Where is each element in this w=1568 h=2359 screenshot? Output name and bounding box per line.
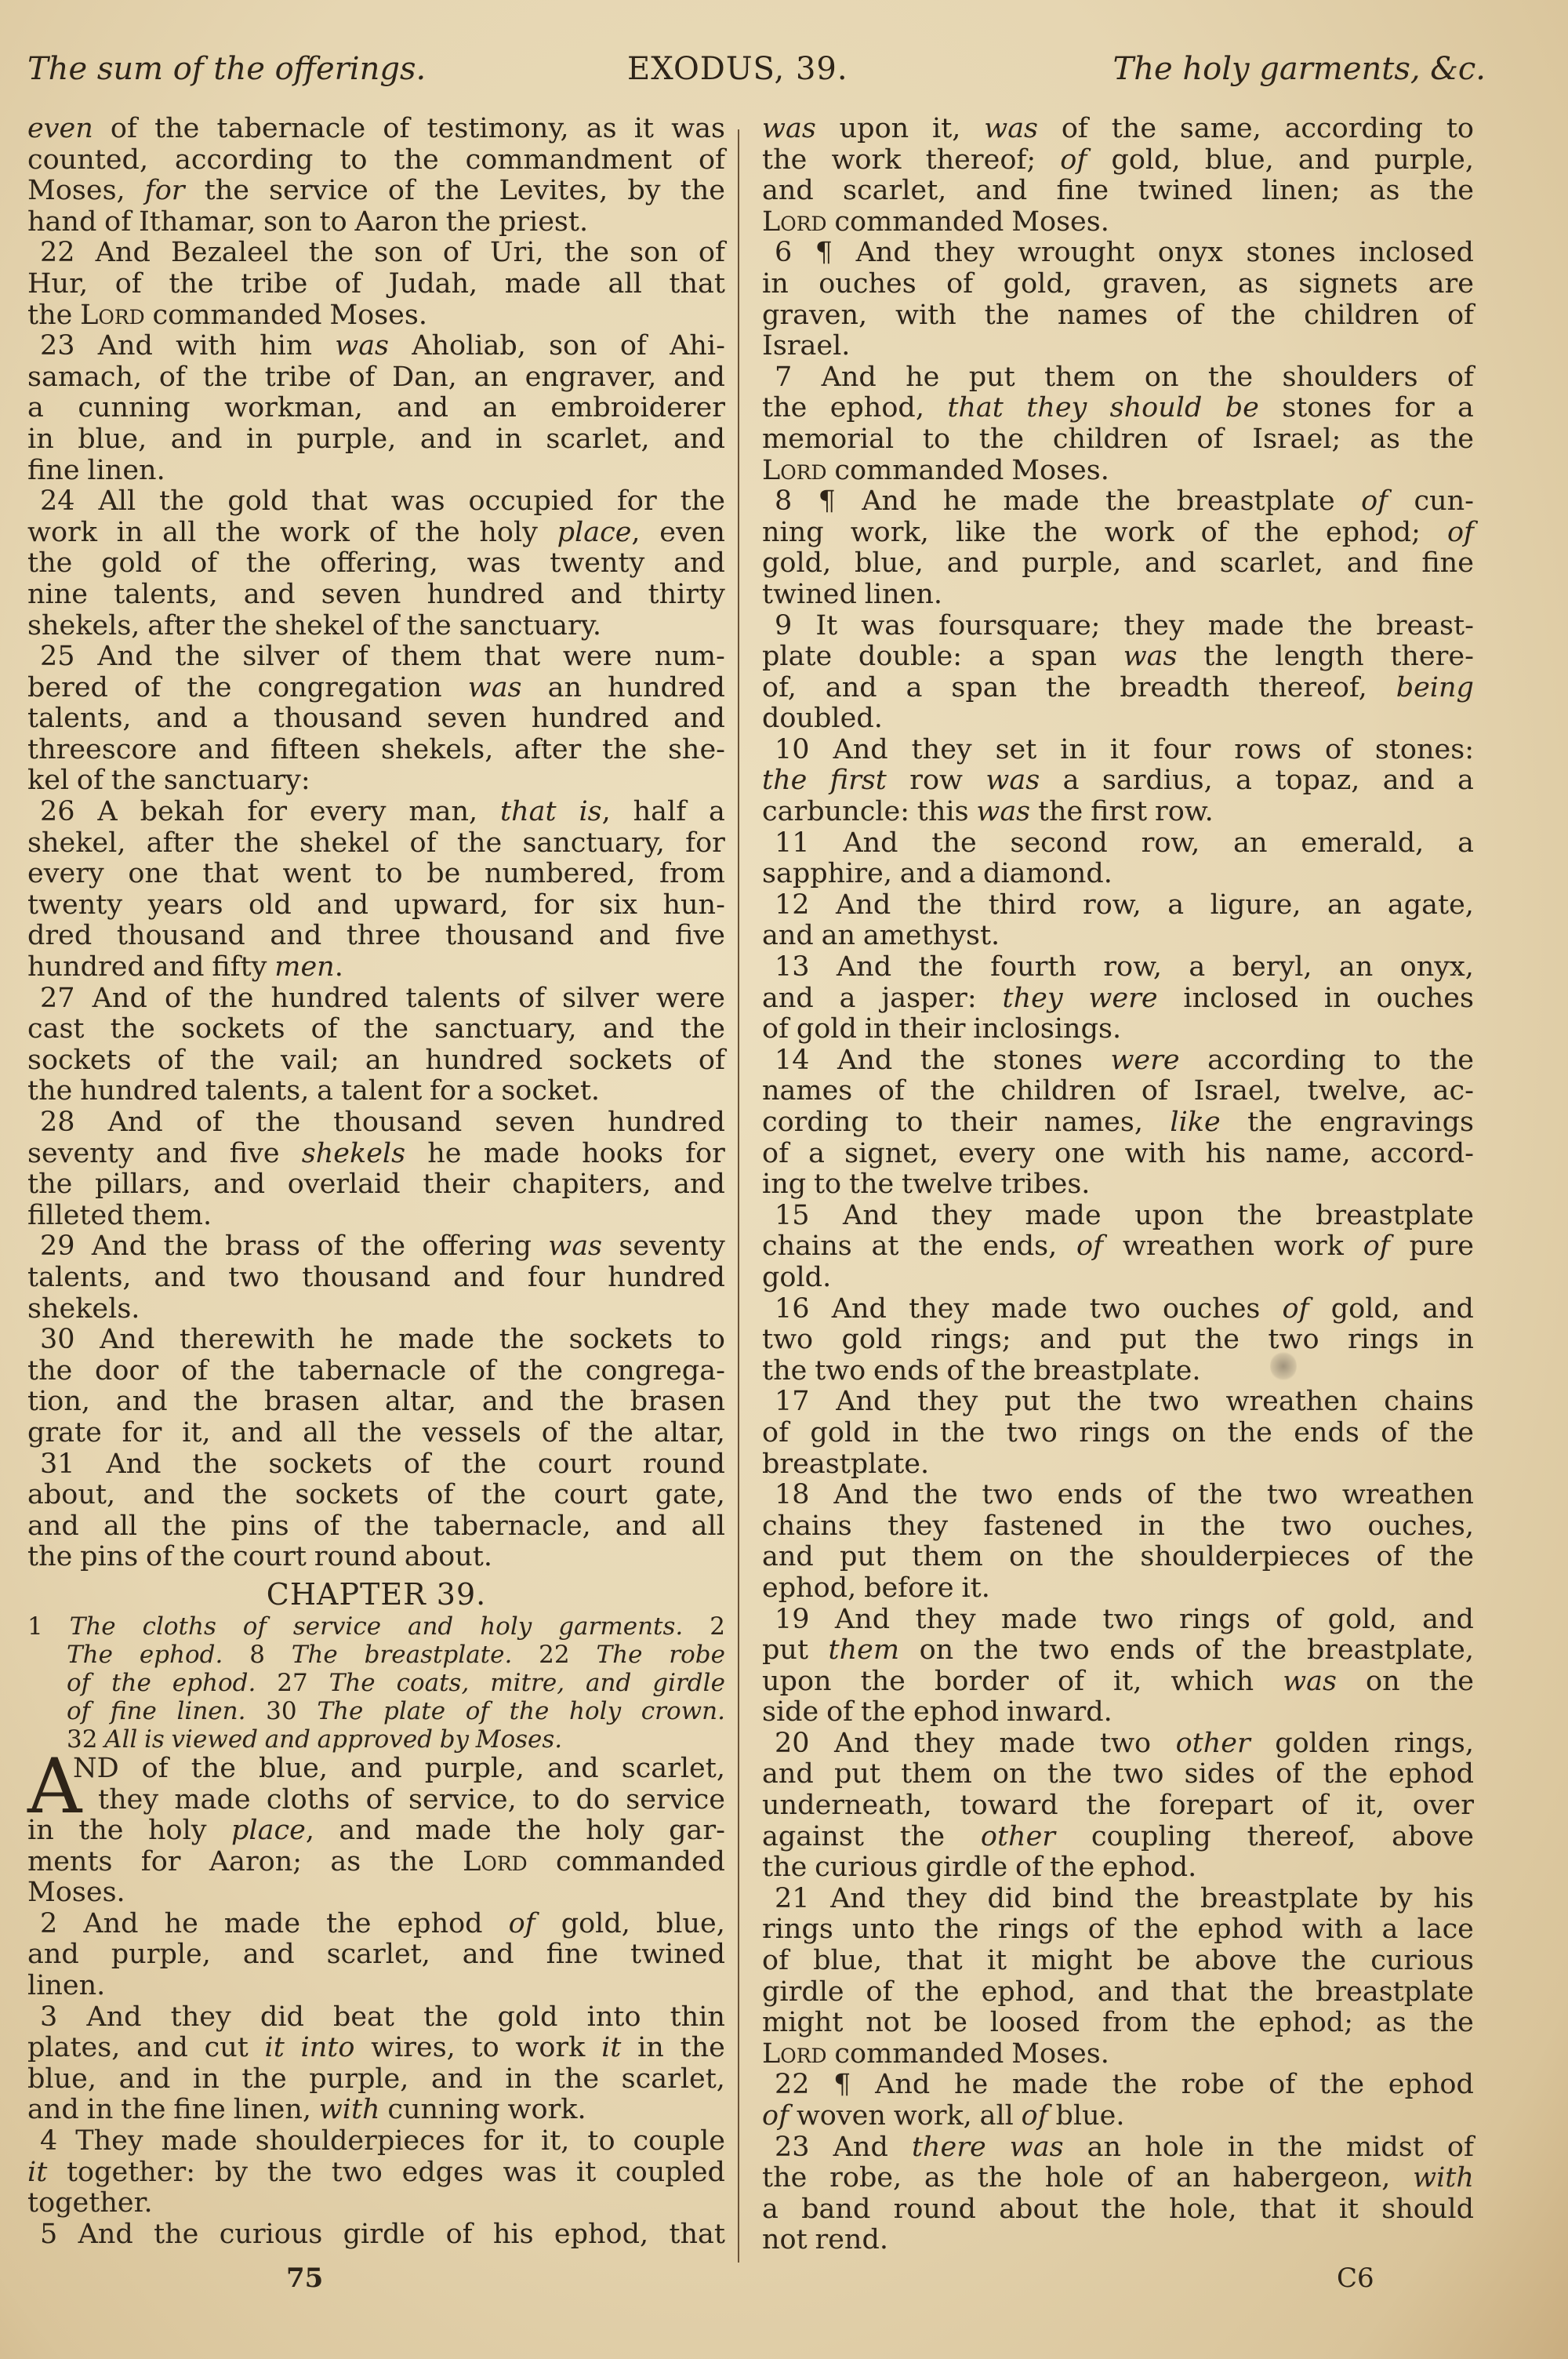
word: third [989, 890, 1057, 921]
word: and [317, 890, 368, 921]
word: of [1269, 2070, 1295, 2101]
word: tribes. [1000, 1169, 1090, 1201]
word: coupled [615, 2157, 725, 2189]
word: court [554, 1480, 627, 1511]
word: the [1112, 114, 1156, 145]
word: at [872, 1231, 899, 1263]
word: rings [998, 1914, 1069, 1946]
verse-line: cordingtotheirnames,liketheengravings [762, 1107, 1474, 1139]
word: inclosings. [973, 1014, 1121, 1045]
word: midst [1346, 2132, 1424, 2164]
word: signets [1298, 269, 1398, 300]
verse-line: 22AndBezaleelthesonofUri,thesonof [27, 238, 725, 269]
word: girdle [652, 1669, 725, 1697]
verse-line: carbuncle:thiswasthefirstrow. [762, 797, 1474, 828]
word: accord- [1370, 1139, 1474, 1170]
word: gar- [669, 1816, 725, 1847]
word: to [698, 1325, 725, 1356]
running-head-book-chapter: EXODUS, 39. [627, 45, 848, 93]
word: fifty [212, 952, 267, 983]
word: curious [220, 2219, 323, 2251]
word: in [865, 1014, 891, 1045]
word: socket. [501, 1076, 600, 1107]
word: of [67, 1697, 90, 1725]
word: the [27, 1542, 72, 1573]
word: the [27, 300, 72, 332]
word: made [505, 269, 581, 300]
word: ephod [1197, 1914, 1283, 1946]
word: the [914, 1977, 959, 2008]
word: the [554, 2064, 599, 2095]
word: the [415, 518, 459, 549]
word: service [269, 176, 368, 207]
word: the [934, 1914, 978, 1946]
word: edges [402, 2157, 484, 2189]
word: for [430, 1076, 470, 1107]
word: of [699, 238, 725, 269]
word: hundred [608, 1107, 725, 1139]
word: seven [321, 580, 401, 611]
word: congregation [257, 673, 441, 704]
word: the [423, 2002, 468, 2034]
word: of [826, 1697, 853, 1728]
word: 6 [775, 238, 792, 269]
word: names, [1044, 1107, 1143, 1139]
word: according [1285, 114, 1423, 145]
word: ouches [818, 269, 916, 300]
word: the [589, 1418, 633, 1449]
word: two [1039, 1635, 1090, 1667]
word: a [808, 1139, 825, 1170]
word: them [1044, 362, 1116, 394]
word: and [156, 1139, 208, 1170]
word: of [762, 1946, 789, 1977]
word: the [1278, 2132, 1323, 2164]
word: and [586, 1669, 631, 1697]
word: work [831, 145, 901, 176]
verse-line: tion,andthebrasenaltar,andthebrasen [27, 1387, 725, 1418]
word: embroiderer [550, 393, 725, 424]
word: Bezaleel [171, 238, 289, 269]
word: coats, [397, 1669, 470, 1697]
word: it [576, 2157, 596, 2189]
word: of [1088, 1914, 1115, 1946]
word: commanded [834, 207, 1004, 238]
word: breastplate [1316, 1977, 1474, 2008]
word: them [912, 1542, 983, 1573]
verse-line: andallthepinsofthetabernacle,andall [27, 1511, 725, 1543]
word: and [762, 176, 814, 207]
word: onyx [1158, 238, 1223, 269]
word: of [762, 1014, 789, 1045]
word: might [1031, 1946, 1112, 1977]
word: of [165, 983, 191, 1015]
word: on [1145, 362, 1179, 394]
word: court [538, 1449, 612, 1481]
word: made [162, 2126, 238, 2157]
word: breast- [1376, 611, 1474, 642]
word: the [762, 1356, 807, 1387]
word: ¶ [818, 486, 836, 518]
word: and [27, 1511, 79, 1543]
word: in [495, 424, 522, 456]
word: and [482, 1387, 534, 1418]
word: and [270, 921, 321, 952]
word: the [191, 1754, 236, 1785]
verse-line: inblue,andinpurple,andinscarlet,and [27, 424, 725, 456]
word: the [111, 1669, 151, 1697]
word: scarlet, [1220, 548, 1323, 580]
word: the [861, 1667, 906, 1698]
verse-line: 13Andthefourthrow,aberyl,anonyx, [762, 952, 1474, 983]
word: girdle [926, 1852, 1008, 1884]
word: 7 [775, 362, 792, 394]
word: 10 [775, 735, 810, 766]
word: scarlet, [327, 1939, 430, 1971]
word: congrega- [586, 1356, 725, 1387]
word: before [864, 1573, 954, 1605]
word: Moses. [476, 1725, 562, 1754]
word: to [320, 207, 347, 238]
word: the [241, 2064, 286, 2095]
word: is, [579, 797, 610, 828]
word: talent [341, 1076, 422, 1107]
word: upward, [394, 890, 508, 921]
word: tribe [265, 362, 332, 394]
word: it, [182, 1418, 210, 1449]
word: as [1370, 176, 1400, 207]
word: the [1429, 1667, 1474, 1698]
word: Dan, [392, 362, 457, 394]
word: the [203, 362, 248, 394]
word: sanctuary: [164, 765, 310, 797]
word: and [673, 1169, 725, 1201]
word: the [1237, 1201, 1282, 1232]
verse-line: together. [27, 2188, 725, 2219]
word: 23 [40, 331, 75, 362]
word: old [249, 890, 292, 921]
word: ephod [1388, 1759, 1474, 1790]
word: the [121, 2095, 165, 2126]
word: gold [842, 1325, 902, 1356]
left-column-verses: evenofthetabernacleoftestimony,asitwasco… [27, 114, 725, 1573]
word: and [762, 1542, 814, 1573]
word: of [159, 362, 186, 394]
word: 2 [710, 1612, 725, 1641]
word: offering, [320, 548, 438, 580]
verse-line: thepinsofthecourtroundabout. [27, 1542, 725, 1573]
word: ¶ [815, 238, 833, 269]
word: gold, [1331, 1294, 1400, 1325]
word: rings, [1394, 1728, 1474, 1760]
verse-line: mentsforAaron;astheLordcommanded [27, 1847, 725, 1878]
word: workman, [224, 393, 363, 424]
right-column-verses: wasuponit,wasofthesame,accordingtothewor… [762, 114, 1474, 2256]
word: was [984, 114, 1038, 145]
word: the [1134, 1884, 1179, 1915]
word: and [420, 424, 472, 456]
word: ing [762, 1169, 806, 1201]
word: pins [80, 1542, 138, 1573]
word: as [1370, 424, 1400, 456]
summary-line: Theephod.8Thebreastplate.22Therobe [27, 1641, 725, 1669]
word: the [1134, 1914, 1178, 1946]
word: the [365, 1511, 409, 1543]
word: the [1077, 1387, 1122, 1418]
word: an [1233, 828, 1267, 860]
word: and [339, 1816, 390, 1847]
word: on [920, 1635, 954, 1667]
word: there [912, 2132, 986, 2164]
word: overlaid [288, 1169, 401, 1201]
word: cording [762, 1107, 869, 1139]
word: amethyst. [863, 921, 1000, 952]
verse-line: Hur,ofthetribeofJudah,madeallthat [27, 269, 725, 300]
word: the [900, 1822, 945, 1853]
word: engraver, [525, 362, 657, 394]
word: the [267, 2157, 312, 2189]
word: it [634, 114, 654, 145]
word: Ahi- [670, 331, 725, 362]
word: filleted [27, 1201, 125, 1232]
word: that [669, 2219, 725, 2251]
word: thousand [274, 703, 402, 735]
word: of [762, 1418, 789, 1449]
word: made [999, 1728, 1075, 1760]
word: of [1195, 1635, 1221, 1667]
word: scarlet, [843, 176, 946, 207]
verse-line: againsttheothercouplingthereof,above [762, 1822, 1474, 1853]
word: approved [318, 1725, 433, 1754]
word: of [317, 1231, 343, 1263]
word: Moses. [1011, 456, 1109, 487]
word: of [426, 1480, 453, 1511]
word: of [1447, 362, 1474, 394]
word: purple, [425, 1754, 524, 1785]
verse-line: theworkthereof;ofgold,blue,andpurple, [762, 145, 1474, 176]
verse-line: andajasper:theywereinclosedinouches [762, 983, 1474, 1015]
word: graven, [1102, 269, 1207, 300]
verse-line: chainstheyfastenedinthetwoouches, [762, 1511, 1474, 1543]
word: 14 [775, 1045, 810, 1077]
word: fine [173, 2095, 226, 2126]
verse-line: graven,withthenamesofthechildrenof [762, 300, 1474, 332]
word: even [27, 114, 93, 145]
word: and [947, 548, 999, 580]
word: forepart [1159, 1790, 1273, 1822]
word: all [103, 1511, 137, 1543]
word: the [930, 1076, 975, 1107]
word: The [596, 1641, 642, 1669]
word: the [111, 765, 156, 797]
verse-line: 11Andthesecondrow,anemerald,a [762, 828, 1474, 860]
word: the [1231, 300, 1276, 332]
word: hundred [532, 703, 649, 735]
word: silver [242, 642, 319, 673]
word: in [1447, 1325, 1474, 1356]
word: that [1171, 1977, 1227, 2008]
verse-line: ofasignet,everyonewithhisname,accord- [762, 1139, 1474, 1170]
word: ephod, [554, 2219, 648, 2251]
word: the [861, 1697, 906, 1728]
word: on [1171, 1418, 1206, 1449]
word: onyx, [1400, 952, 1474, 983]
verse-line: 9Itwasfoursquare;theymadethebreast- [762, 611, 1474, 642]
word: the [1203, 642, 1248, 673]
word: an [483, 393, 517, 424]
verse-line: thedoorofthetabernacleofthecongrega- [27, 1356, 725, 1387]
word: made [1001, 1605, 1077, 1636]
word: Israel; [1252, 424, 1341, 456]
word: of [111, 114, 137, 145]
word: the [681, 1014, 725, 1045]
word: son [549, 331, 597, 362]
word: and [243, 1939, 295, 1971]
word: dred [27, 921, 92, 952]
word: made [1025, 1201, 1101, 1232]
word: And [862, 486, 916, 518]
word: an [548, 673, 582, 704]
word: talents, [114, 580, 218, 611]
word: 26 [40, 797, 75, 828]
word: And [856, 238, 911, 269]
word: put [834, 1759, 880, 1790]
word: the [913, 1480, 957, 1511]
word: And [86, 2002, 141, 2034]
word: thereof; [926, 145, 1036, 176]
word: with [1302, 1914, 1363, 1946]
word: in [117, 518, 143, 549]
word: ¶ [833, 2070, 851, 2101]
verse-line: of,andaspanthebreadththereof,being [762, 673, 1474, 704]
word: by [627, 176, 660, 207]
right-column: wasuponit,wasofthesame,accordingtothewor… [762, 114, 1474, 2256]
word: of [1276, 1605, 1302, 1636]
word: beat [333, 2002, 394, 2034]
left-column: evenofthetabernacleoftestimony,asitwasco… [27, 114, 725, 2250]
word: that [906, 1946, 963, 1977]
word: and [431, 2064, 483, 2095]
word: as [586, 114, 617, 145]
word: the [27, 1169, 72, 1201]
verse-line: platedouble:aspanwasthelengththere- [762, 642, 1474, 673]
word: breastplate [1177, 486, 1335, 518]
word: gold, [762, 548, 831, 580]
summary-line: offinelinen.30Theplateoftheholycrown. [27, 1697, 725, 1725]
word: for [141, 1847, 181, 1878]
word: a [317, 1076, 333, 1107]
verse-line: andinthefinelinen,withcunningwork. [27, 2095, 725, 2126]
word: not [866, 2008, 911, 2039]
word: of [1447, 518, 1474, 549]
verse-line: 2Andhemadetheephodofgold,blue, [27, 1909, 725, 1940]
word: beryl, [1232, 952, 1312, 983]
word: put [969, 362, 1015, 394]
word: of [142, 1754, 169, 1785]
word: breastplate. [1033, 1356, 1200, 1387]
word: was [985, 765, 1040, 797]
word: 1 [27, 1612, 43, 1641]
verse-line: samach,ofthetribeofDan,anengraver,and [27, 362, 725, 394]
word: 30 [266, 1697, 296, 1725]
word: tabernacle [298, 1356, 447, 1387]
word: to [1374, 1045, 1401, 1077]
word: of [542, 1418, 568, 1449]
word: talents [406, 983, 501, 1015]
word: ouches [1163, 1294, 1260, 1325]
word: work [1274, 1231, 1344, 1263]
word: The [292, 1641, 338, 1669]
word: the [175, 642, 220, 673]
word: 25 [40, 642, 75, 673]
word: and [213, 1169, 265, 1201]
word: And [834, 1728, 889, 1760]
word: two [815, 1356, 866, 1387]
word: in [1228, 2132, 1254, 2164]
verse-line: notrend. [762, 2225, 1474, 2256]
chapter-opening: A NDoftheblue,andpurple,andscarlet,theym… [27, 1754, 725, 1816]
word: the [1429, 1542, 1474, 1573]
word: above [1392, 1822, 1474, 1853]
word: 19 [775, 1605, 810, 1636]
verse-line: 18Andthetwoendsofthetwowreathen [762, 1480, 1474, 1511]
word: son [630, 238, 678, 269]
word: service, [408, 1785, 517, 1816]
word: And [837, 952, 891, 983]
word: holy [479, 518, 538, 549]
word: chains [762, 1511, 852, 1543]
word: Ithamar, [139, 207, 256, 238]
word: stones: [1375, 735, 1474, 766]
word: gold. [762, 1263, 831, 1294]
word: of [372, 611, 399, 642]
verse-line: thecuriousgirdleoftheephod. [762, 1852, 1474, 1884]
word: an [474, 362, 507, 394]
word: sardius, [1102, 765, 1213, 797]
word: ends [1057, 1480, 1123, 1511]
word: golden [1275, 1728, 1369, 1760]
word: Moses. [27, 1877, 125, 1909]
word: which [1171, 1667, 1254, 1698]
word: Lord [762, 207, 827, 238]
word: and [1422, 1605, 1474, 1636]
word: the [979, 424, 1024, 456]
verse-line: hundredandfiftymen. [27, 952, 725, 983]
word: thereof, [1258, 673, 1367, 704]
word: work [280, 518, 350, 549]
word: chains [1384, 1387, 1474, 1418]
word: testimony, [427, 114, 569, 145]
word: one [128, 859, 178, 890]
word: together. [27, 2188, 153, 2219]
word: double: [858, 642, 962, 673]
word: the [1429, 176, 1474, 207]
verse-line: sideoftheephodinward. [762, 1697, 1474, 1728]
word: ouches, [1367, 1511, 1474, 1543]
word: And [836, 890, 891, 921]
word: plate [383, 1697, 445, 1725]
word: put [840, 1542, 886, 1573]
word: 30 [40, 1325, 75, 1356]
word: about [999, 2194, 1078, 2226]
word: and [603, 1014, 655, 1045]
verse-line: inouchesofgold,graven,assignetsare [762, 269, 1474, 300]
word: to [532, 1785, 560, 1816]
word: were [563, 642, 632, 673]
word: might [762, 2008, 843, 2039]
word: an [1339, 952, 1373, 983]
word: he [165, 1909, 198, 1940]
